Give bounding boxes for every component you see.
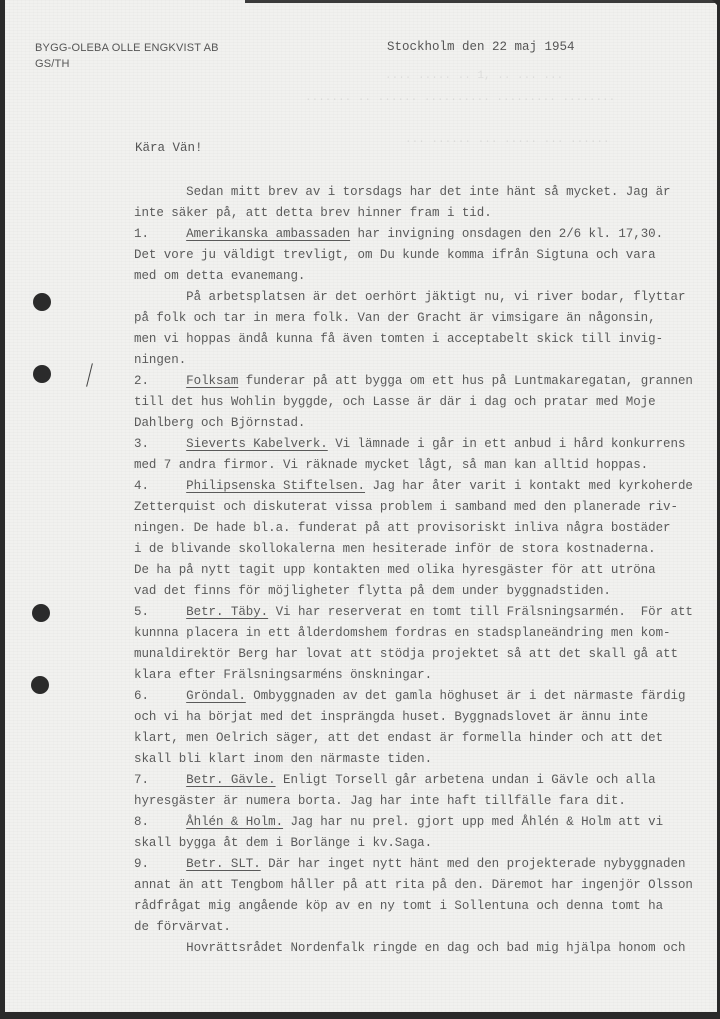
letter-line: 5. Betr. Täby. Vi har reserverat en tomt… [134,602,714,623]
letter-line: På arbetsplatsen är det oerhört jäktigt … [134,287,714,308]
line-text: ningen. De hade bl.a. funderat på att pr… [134,521,671,535]
line-text: 7. [134,773,186,787]
line-text: Sedan mitt brev av i torsdags har det in… [134,185,671,199]
letter-line: 9. Betr. SLT. Där har inget nytt hänt me… [134,854,714,875]
punch-hole [33,293,51,311]
letter-line: till det hus Wohlin byggde, och Lasse är… [134,392,714,413]
letter-line: i de blivande skollokalerna men hesitera… [134,539,714,560]
line-text: hyresgäster är numera borta. Jag har int… [134,794,626,808]
line-text: de förvärvat. [134,920,231,934]
line-text: munaldirektör Berg har lovat att stödja … [134,647,678,661]
letter-line: rådfrågat mig angående köp av en ny tomt… [134,896,714,917]
line-text: har invigning onsdagen den 2/6 kl. 17,30… [350,227,663,241]
line-text: med 7 andra firmor. Vi räknade mycket lå… [134,458,648,472]
bleed-through-text: .... ..... .. 1, .. ... ... [385,70,563,82]
letter-line: de förvärvat. [134,917,714,938]
letter-line: Hovrättsrådet Nordenfalk ringde en dag o… [134,938,714,959]
letter-page: .... ..... .. 1, .. ... ... ....... .. .… [5,0,717,1012]
line-text: skall bli klart inom den närmaste tiden. [134,752,432,766]
line-text: men vi hoppas ändå kunna få även tomten … [134,332,663,346]
reference-code: GS/TH [35,56,219,72]
line-text: Vi har reserverat en tomt till Frälsning… [268,605,693,619]
letter-line: hyresgäster är numera borta. Jag har int… [134,791,714,812]
line-text: 8. [134,815,186,829]
line-text: Hovrättsrådet Nordenfalk ringde en dag o… [134,941,685,955]
line-text: i de blivande skollokalerna men hesitera… [134,542,656,556]
punch-hole [33,365,51,383]
pen-mark [86,363,93,387]
line-text: Ombyggnaden av det gamla höghuset är i d… [246,689,686,703]
letter-line: 6. Gröndal. Ombyggnaden av det gamla hög… [134,686,714,707]
line-text: skall bygga åt dem i Borlänge i kv.Saga. [134,836,432,850]
section-heading: Gröndal. [186,689,246,703]
section-heading: Betr. Täby. [186,605,268,619]
line-text: På arbetsplatsen är det oerhört jäktigt … [134,290,685,304]
letter-line: 8. Åhlén & Holm. Jag har nu prel. gjort … [134,812,714,833]
letter-line: annat än att Tengbom håller på att rita … [134,875,714,896]
line-text: 4. [134,479,186,493]
bleed-through-text: ....... .. ...... .......... ......... .… [305,92,615,104]
letter-line: och vi ha börjat med det insprängda huse… [134,707,714,728]
letter-line: ningen. [134,350,714,371]
section-heading: Amerikanska ambassaden [186,227,350,241]
letter-body: Sedan mitt brev av i torsdags har det in… [134,182,714,959]
line-text: Enligt Torsell går arbetena undan i Gävl… [276,773,656,787]
scan-bottom-edge [0,1012,720,1019]
line-text: Det vore ju väldigt trevligt, om Du kund… [134,248,656,262]
letter-line: vad det finns för möjligheter flytta på … [134,581,714,602]
line-text: Där har inget nytt hänt med den projekte… [261,857,686,871]
section-heading: Betr. Gävle. [186,773,275,787]
letter-line: Zetterquist och diskuterat vissa problem… [134,497,714,518]
line-text: 3. [134,437,186,451]
letter-line: 4. Philipsenska Stiftelsen. Jag har åter… [134,476,714,497]
company-name: BYGG-OLEBA OLLE ENGKVIST AB [35,40,219,56]
line-text: Jag har nu prel. gjort upp med Åhlén & H… [283,815,663,829]
letter-line: klart, men Oelrich säger, att det endast… [134,728,714,749]
line-text: Vi lämnade i går in ett anbud i hård kon… [328,437,686,451]
line-text: funderar på att bygga om ett hus på Lunt… [238,374,693,388]
line-text: annat än att Tengbom håller på att rita … [134,878,693,892]
letter-line: Det vore ju väldigt trevligt, om Du kund… [134,245,714,266]
section-heading: Sieverts Kabelverk. [186,437,328,451]
letter-line: 2. Folksam funderar på att bygga om ett … [134,371,714,392]
section-heading: Åhlén & Holm. [186,815,283,829]
letter-line: 1. Amerikanska ambassaden har invigning … [134,224,714,245]
letter-line: skall bygga åt dem i Borlänge i kv.Saga. [134,833,714,854]
letter-line: ningen. De hade bl.a. funderat på att pr… [134,518,714,539]
letter-line: med 7 andra firmor. Vi räknade mycket lå… [134,455,714,476]
letter-line: klara efter Frälsningsarméns önskningar. [134,665,714,686]
line-text: inte säker på, att detta brev hinner fra… [134,206,492,220]
scan-edge [245,0,720,3]
line-text: till det hus Wohlin byggde, och Lasse är… [134,395,656,409]
letter-line: kunnna placera in ett ålderdomshem fordr… [134,623,714,644]
letter-line: på folk och tar in mera folk. Van der Gr… [134,308,714,329]
letter-line: De ha på nytt tagit upp kontakten med ol… [134,560,714,581]
line-text: klart, men Oelrich säger, att det endast… [134,731,663,745]
section-heading: Folksam [186,374,238,388]
dateline: Stockholm den 22 maj 1954 [387,40,575,54]
line-text: med om detta evanemang. [134,269,305,283]
line-text: De ha på nytt tagit upp kontakten med ol… [134,563,656,577]
line-text: kunnna placera in ett ålderdomshem fordr… [134,626,671,640]
scan-corner [708,0,720,6]
line-text: Dahlberg och Björnstad. [134,416,305,430]
bleed-through-text: ... ...... ... ..... ... ...... [405,134,610,146]
line-text: ningen. [134,353,186,367]
letter-line: 3. Sieverts Kabelverk. Vi lämnade i går … [134,434,714,455]
line-text: klara efter Frälsningsarméns önskningar. [134,668,432,682]
line-text: 6. [134,689,186,703]
line-text: Jag har åter varit i kontakt med kyrkohe… [365,479,693,493]
letter-line: munaldirektör Berg har lovat att stödja … [134,644,714,665]
letter-line: men vi hoppas ändå kunna få även tomten … [134,329,714,350]
section-heading: Betr. SLT. [186,857,261,871]
letter-line: Dahlberg och Björnstad. [134,413,714,434]
line-text: 9. [134,857,186,871]
punch-hole [31,676,49,694]
letter-line: skall bli klart inom den närmaste tiden. [134,749,714,770]
line-text: 5. [134,605,186,619]
letter-line: Sedan mitt brev av i torsdags har det in… [134,182,714,203]
line-text: rådfrågat mig angående köp av en ny tomt… [134,899,663,913]
letter-line: 7. Betr. Gävle. Enligt Torsell går arbet… [134,770,714,791]
section-heading: Philipsenska Stiftelsen. [186,479,365,493]
line-text: 2. [134,374,186,388]
letterhead: BYGG-OLEBA OLLE ENGKVIST AB GS/TH [35,40,219,72]
line-text: på folk och tar in mera folk. Van der Gr… [134,311,656,325]
line-text: Zetterquist och diskuterat vissa problem… [134,500,678,514]
letter-line: inte säker på, att detta brev hinner fra… [134,203,714,224]
line-text: vad det finns för möjligheter flytta på … [134,584,611,598]
letter-line: med om detta evanemang. [134,266,714,287]
punch-hole [32,604,50,622]
line-text: 1. [134,227,186,241]
salutation: Kära Vän! [135,141,203,155]
line-text: och vi ha börjat med det insprängda huse… [134,710,648,724]
